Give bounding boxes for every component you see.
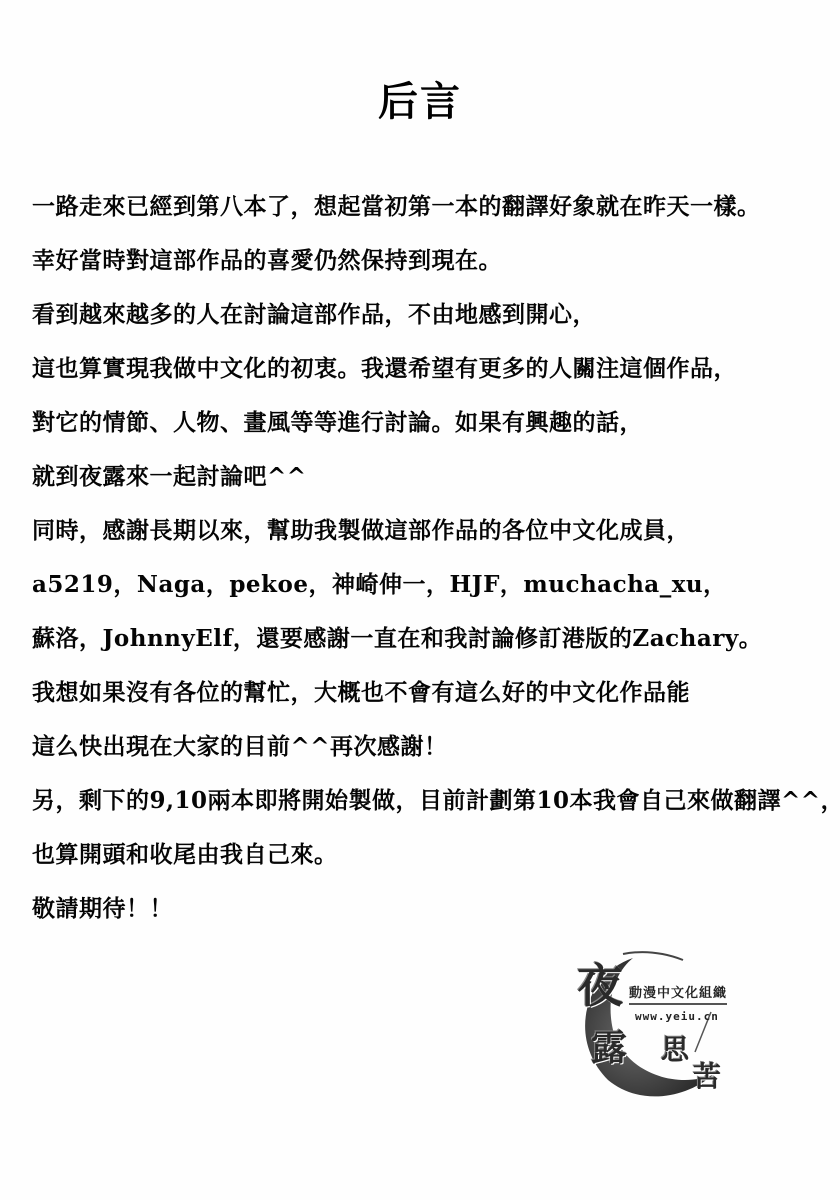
body-line-7: 同時，感謝長期以來，幫助我製做這部作品的各位中文化成員， [32,514,832,568]
logo-tagline: 動漫中文化組織 [629,982,727,1005]
body-line-6: 就到夜露來一起討論吧^^ [32,460,832,514]
body-line-14: 敬請期待！！ [32,892,832,946]
logo-glyph-si: 思 [661,1028,689,1068]
logo-glyph-lu: 露 [591,1020,627,1071]
afterword-body: 一路走來已經到第八本了，想起當初第一本的翻譯好象就在昨天一樣。 幸好當時對這部作… [32,190,832,946]
body-line-12: 另，剩下的9,10兩本即將開始製做，目前計劃第10本我會自己來做翻譯^^， [32,784,832,838]
page-title: 后言 [0,78,840,126]
body-line-9: 蘇洛，JohnnyElf，還要感謝一直在和我討論修訂港版的Zachary。 [32,622,832,676]
group-logo: 夜 露 思 苦 動漫中文化組織 www.yeiu.cn [555,940,755,1100]
body-line-2: 幸好當時對這部作品的喜愛仍然保持到現在。 [32,244,832,298]
afterword-page: 后言 一路走來已經到第八本了，想起當初第一本的翻譯好象就在昨天一樣。 幸好當時對… [0,0,840,1200]
logo-glyph-ku: 苦 [693,1055,721,1095]
body-line-4: 這也算實現我做中文化的初衷。我還希望有更多的人關注這個作品， [32,352,832,406]
body-line-11: 這么快出現在大家的目前^^再次感謝！ [32,730,832,784]
body-line-1: 一路走來已經到第八本了，想起當初第一本的翻譯好象就在昨天一樣。 [32,190,832,244]
body-line-5: 對它的情節、人物、畫風等等進行討論。如果有興趣的話， [32,406,832,460]
body-line-10: 我想如果沒有各位的幫忙，大概也不會有這么好的中文化作品能 [32,676,832,730]
body-line-8-contributors: a5219，Naga，pekoe，神崎伸一，HJF，muchacha_xu， [32,568,832,622]
body-line-3: 看到越來越多的人在討論這部作品，不由地感到開心， [32,298,832,352]
body-line-13: 也算開頭和收尾由我自己來。 [32,838,832,892]
logo-glyph-ye: 夜 [577,950,623,1016]
logo-url: www.yeiu.cn [635,1010,719,1023]
